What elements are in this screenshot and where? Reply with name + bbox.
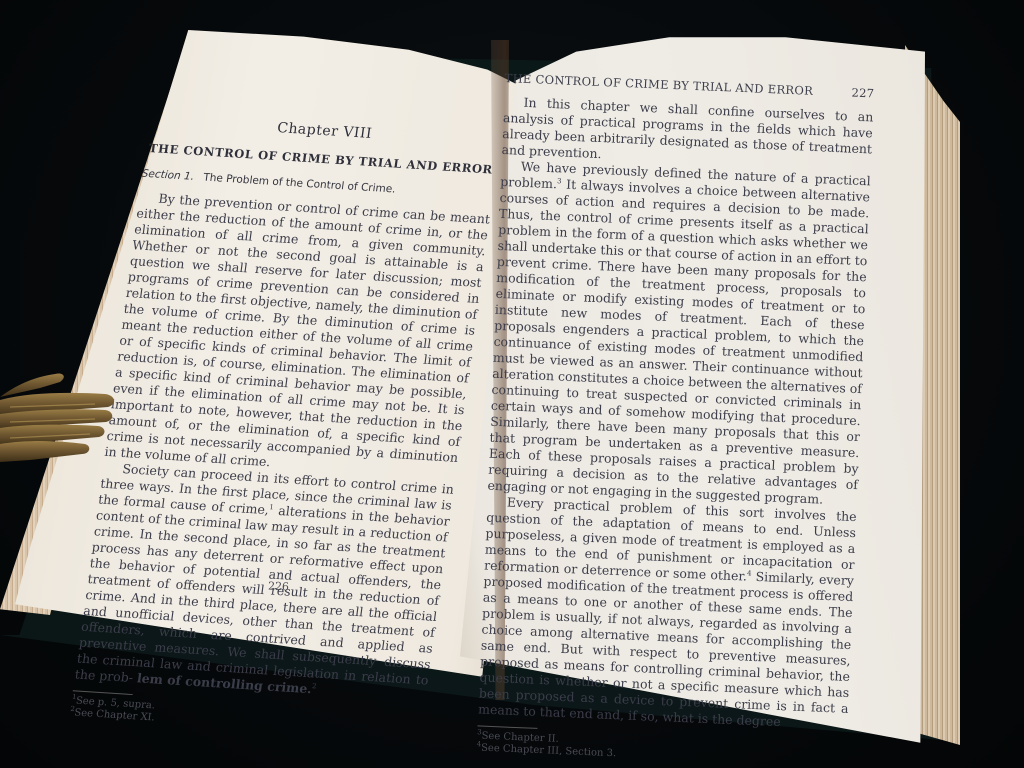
right-paragraph-3: Every practical problem of this sort inv… xyxy=(478,494,857,733)
section-number: Section 1. xyxy=(141,168,195,183)
left-paragraph-1: By the prevention or control of crime ca… xyxy=(104,190,491,482)
left-paragraph-2: Society can proceed in its effort to con… xyxy=(74,460,455,705)
footnote-divider xyxy=(477,725,537,729)
section-title: The Problem of the Control of Crime. xyxy=(203,172,397,196)
page-number-227: 227 xyxy=(851,85,875,102)
footnote-divider xyxy=(73,690,133,695)
brass-hand-icon xyxy=(0,362,125,472)
book-photo-scene: Chapter VIII THE CONTROL OF CRIME BY TRI… xyxy=(0,0,1024,768)
page-number-226: 226 xyxy=(268,579,290,593)
right-page-text: THE CONTROL OF CRIME BY TRIAL AND ERROR … xyxy=(476,70,874,768)
footnote-ref-2[interactable]: 2 xyxy=(312,682,318,690)
right-paragraph-2: We have previously defined the nature of… xyxy=(487,158,871,509)
